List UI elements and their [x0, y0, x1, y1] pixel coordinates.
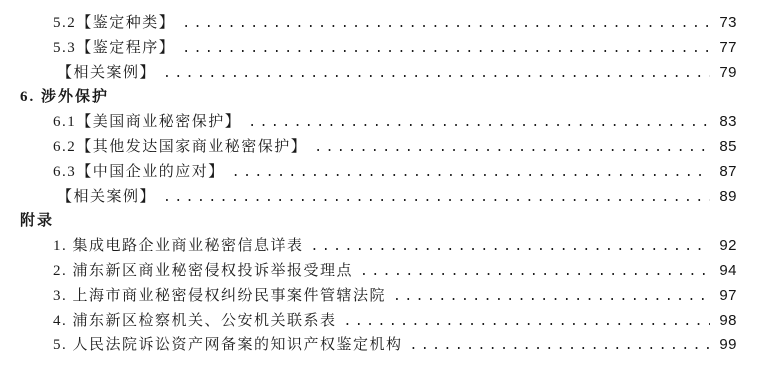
- toc-entry-title: 6.1【美国商业秘密保护】: [53, 110, 241, 131]
- toc-section-heading: 附录: [0, 209, 781, 234]
- toc-entry-page: 94: [713, 262, 737, 279]
- toc-entry: 5.3【鉴定程序】 77: [0, 36, 781, 61]
- toc-entry: 2. 浦东新区商业秘密侵权投诉举报受理点 94: [0, 259, 781, 284]
- toc-entry-title: 1. 集成电路企业商业秘密信息详表: [53, 234, 304, 255]
- toc-entry-page: 73: [713, 14, 737, 31]
- toc-entry-case: 【相关案例】 89: [0, 185, 781, 210]
- toc-entry: 6.1【美国商业秘密保护】 83: [0, 110, 781, 135]
- toc-entry-title: 【相关案例】: [57, 185, 156, 206]
- toc-entry: 6.3【中国企业的应对】 87: [0, 160, 781, 185]
- toc-entry-page: 92: [713, 237, 737, 254]
- toc-entry: 6.2【其他发达国家商业秘密保护】 85: [0, 135, 781, 160]
- dot-leader: [393, 289, 710, 304]
- toc-entry-title: 【相关案例】: [57, 61, 156, 82]
- toc-page: 5.2【鉴定种类】 73 5.3【鉴定程序】 77 【相关案例】 79 6. 涉…: [0, 0, 781, 371]
- toc-entry-title: 5.2【鉴定种类】: [53, 11, 175, 32]
- toc-entry-title: 3. 上海市商业秘密侵权纠纷民事案件管辖法院: [53, 284, 386, 305]
- toc-entry-page: 85: [713, 138, 737, 155]
- toc-entry-title: 5.3【鉴定程序】: [53, 36, 175, 57]
- dot-leader: [314, 140, 710, 155]
- dot-leader: [163, 190, 710, 205]
- toc-entry-page: 98: [713, 312, 737, 329]
- dot-leader: [410, 338, 710, 353]
- dot-leader: [182, 16, 710, 31]
- toc-entry-title: 5. 人民法院诉讼资产网备案的知识产权鉴定机构: [53, 333, 403, 354]
- toc-entry-title: 2. 浦东新区商业秘密侵权投诉举报受理点: [53, 259, 353, 280]
- toc-entry: 4. 浦东新区检察机关、公安机关联系表 98: [0, 309, 781, 334]
- dot-leader: [344, 314, 710, 329]
- toc-entry-case: 【相关案例】 79: [0, 61, 781, 86]
- toc-entry-page: 87: [713, 163, 737, 180]
- toc-entry-page: 77: [713, 39, 737, 56]
- toc-section-heading-title: 6. 涉外保护: [20, 85, 109, 106]
- dot-leader: [360, 264, 710, 279]
- toc-entry-page: 79: [713, 64, 737, 81]
- toc-section-heading: 6. 涉外保护: [0, 85, 781, 110]
- toc-entry-title: 4. 浦东新区检察机关、公安机关联系表: [53, 309, 337, 330]
- toc-entry-page: 97: [713, 287, 737, 304]
- toc-entry-title: 6.3【中国企业的应对】: [53, 160, 225, 181]
- dot-leader: [163, 66, 710, 81]
- dot-leader: [232, 165, 710, 180]
- toc-entry-page: 89: [713, 188, 737, 205]
- toc-entry: 5. 人民法院诉讼资产网备案的知识产权鉴定机构 99: [0, 333, 781, 358]
- toc-entry: 3. 上海市商业秘密侵权纠纷民事案件管辖法院 97: [0, 284, 781, 309]
- dot-leader: [248, 115, 710, 130]
- dot-leader: [182, 41, 710, 56]
- toc-entry-page: 83: [713, 113, 737, 130]
- toc-section-heading-title: 附录: [20, 209, 54, 230]
- dot-leader: [311, 239, 710, 254]
- toc-entry: 1. 集成电路企业商业秘密信息详表 92: [0, 234, 781, 259]
- toc-entry-page: 99: [713, 336, 737, 353]
- toc-entry: 5.2【鉴定种类】 73: [0, 11, 781, 36]
- toc-entry-title: 6.2【其他发达国家商业秘密保护】: [53, 135, 307, 156]
